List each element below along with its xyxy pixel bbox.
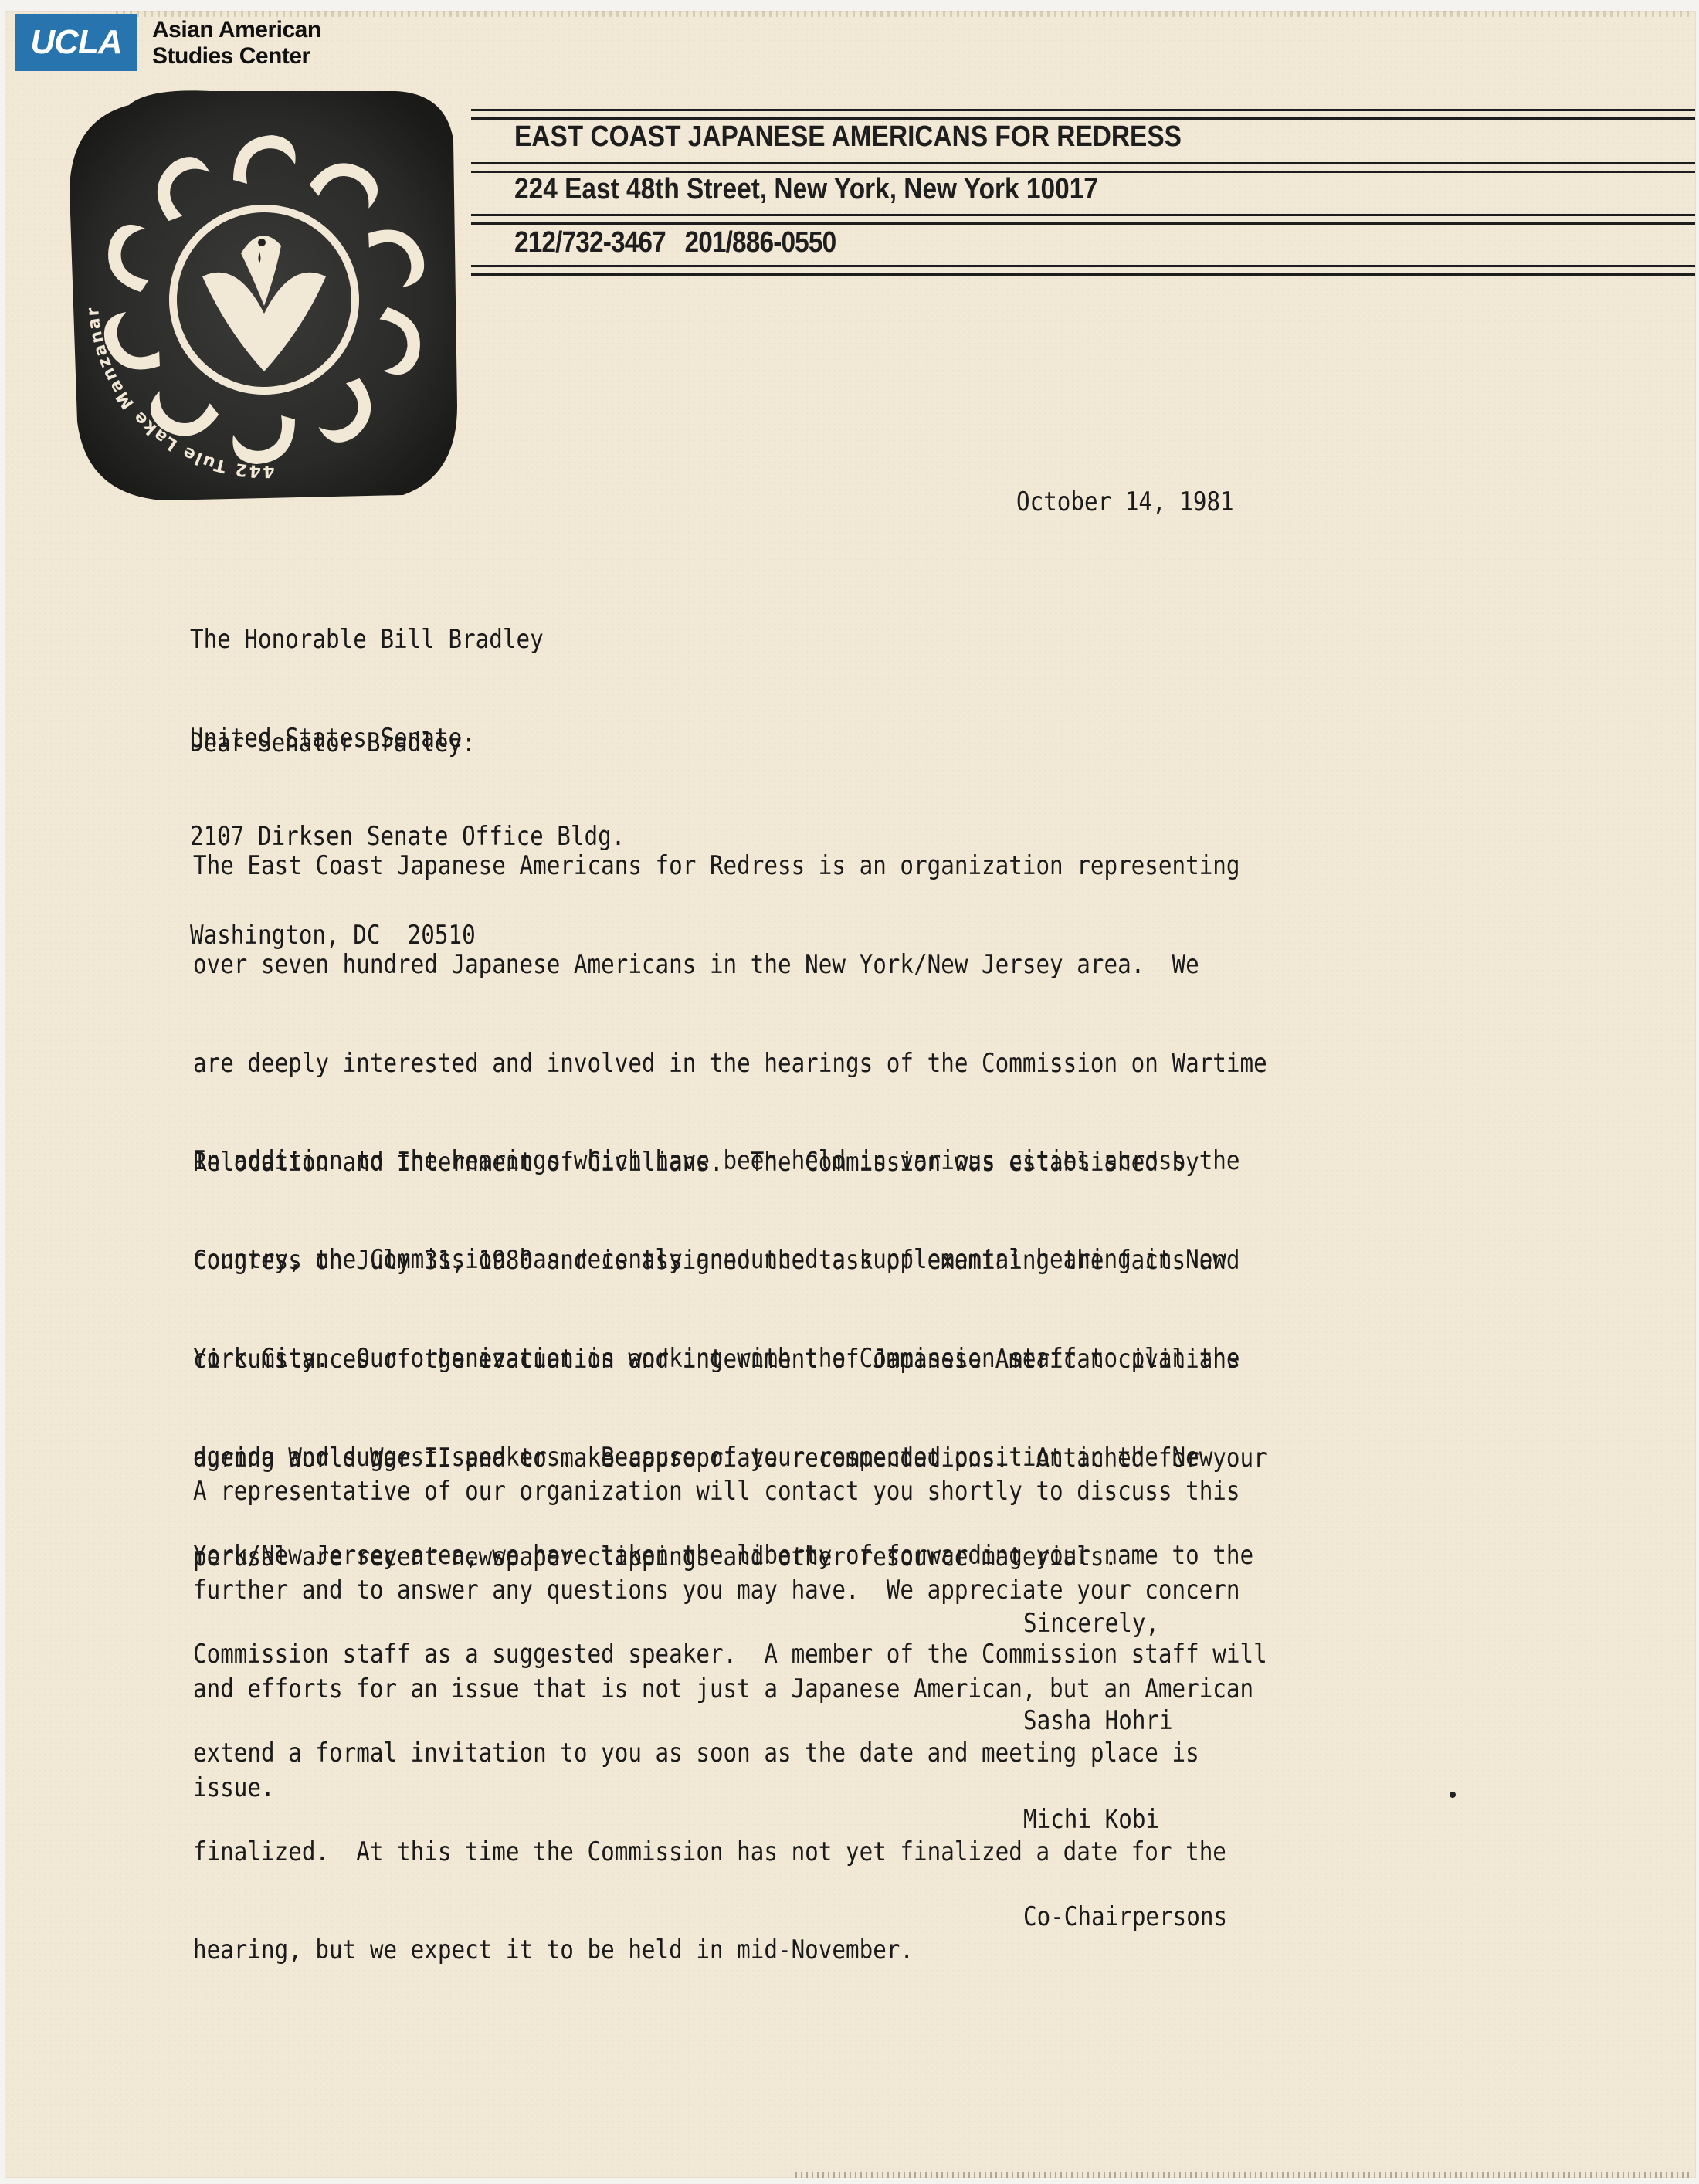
- organization-phones: 212/732-3467201/886-0550: [514, 226, 836, 259]
- body-line: issue.: [193, 1772, 1253, 1805]
- phone-number: 201/886-0550: [684, 226, 836, 259]
- signatory-name: Michi Kobi: [1023, 1804, 1159, 1835]
- organization-name: EAST COAST JAPANESE AMERICANS FOR REDRES…: [514, 120, 1182, 154]
- ucla-logo: UCLA: [15, 14, 137, 71]
- body-line: country, the Commission has recently ann…: [193, 1243, 1267, 1277]
- body-line: In addition to the hearings which have b…: [193, 1145, 1267, 1178]
- archive-name-line-2: Studies Center: [152, 43, 321, 70]
- letterhead-rule: [471, 214, 1695, 225]
- redress-emblem-icon: 442 Tule Lake Manzanar Topaz Poston Gran…: [56, 74, 473, 511]
- body-line: are deeply interested and involved in th…: [193, 1047, 1267, 1080]
- scan-edge-top: [116, 11, 1691, 17]
- recipient-line: The Honorable Bill Bradley: [190, 623, 625, 656]
- letterhead-rule: [471, 265, 1695, 276]
- closing: Sincerely,: [1023, 1608, 1159, 1639]
- scan-edge-bottom: [795, 2172, 1691, 2178]
- phone-number: 212/732-3467: [514, 226, 666, 259]
- letterhead-rule: [471, 109, 1695, 120]
- signatory-title: Co-Chairpersons: [1023, 1901, 1227, 1932]
- archive-center-name: Asian American Studies Center: [152, 17, 321, 70]
- body-line: further and to answer any questions you …: [193, 1574, 1253, 1607]
- organization-address: 224 East 48th Street, New York, New York…: [514, 173, 1098, 206]
- salutation: Dear Senator Bradley:: [190, 727, 476, 758]
- signatory-name: Sasha Hohri: [1023, 1705, 1173, 1736]
- letterhead-rule: [471, 162, 1695, 173]
- ink-speck: [212, 1058, 215, 1060]
- body-line: hearing, but we expect it to be held in …: [193, 1934, 1267, 1967]
- letter-date: October 14, 1981: [1016, 487, 1234, 517]
- body-line: and efforts for an issue that is not jus…: [193, 1673, 1253, 1706]
- archive-name-line-1: Asian American: [152, 17, 321, 43]
- ink-speck: [453, 1684, 456, 1686]
- body-line: The East Coast Japanese Americans for Re…: [193, 850, 1267, 883]
- body-line: finalized. At this time the Commission h…: [193, 1836, 1267, 1869]
- body-line: over seven hundred Japanese Americans in…: [193, 948, 1267, 982]
- ink-speck: [1450, 1792, 1456, 1798]
- body-line: A representative of our organization wil…: [193, 1475, 1253, 1508]
- body-line: York City. Our organization is working w…: [193, 1342, 1267, 1375]
